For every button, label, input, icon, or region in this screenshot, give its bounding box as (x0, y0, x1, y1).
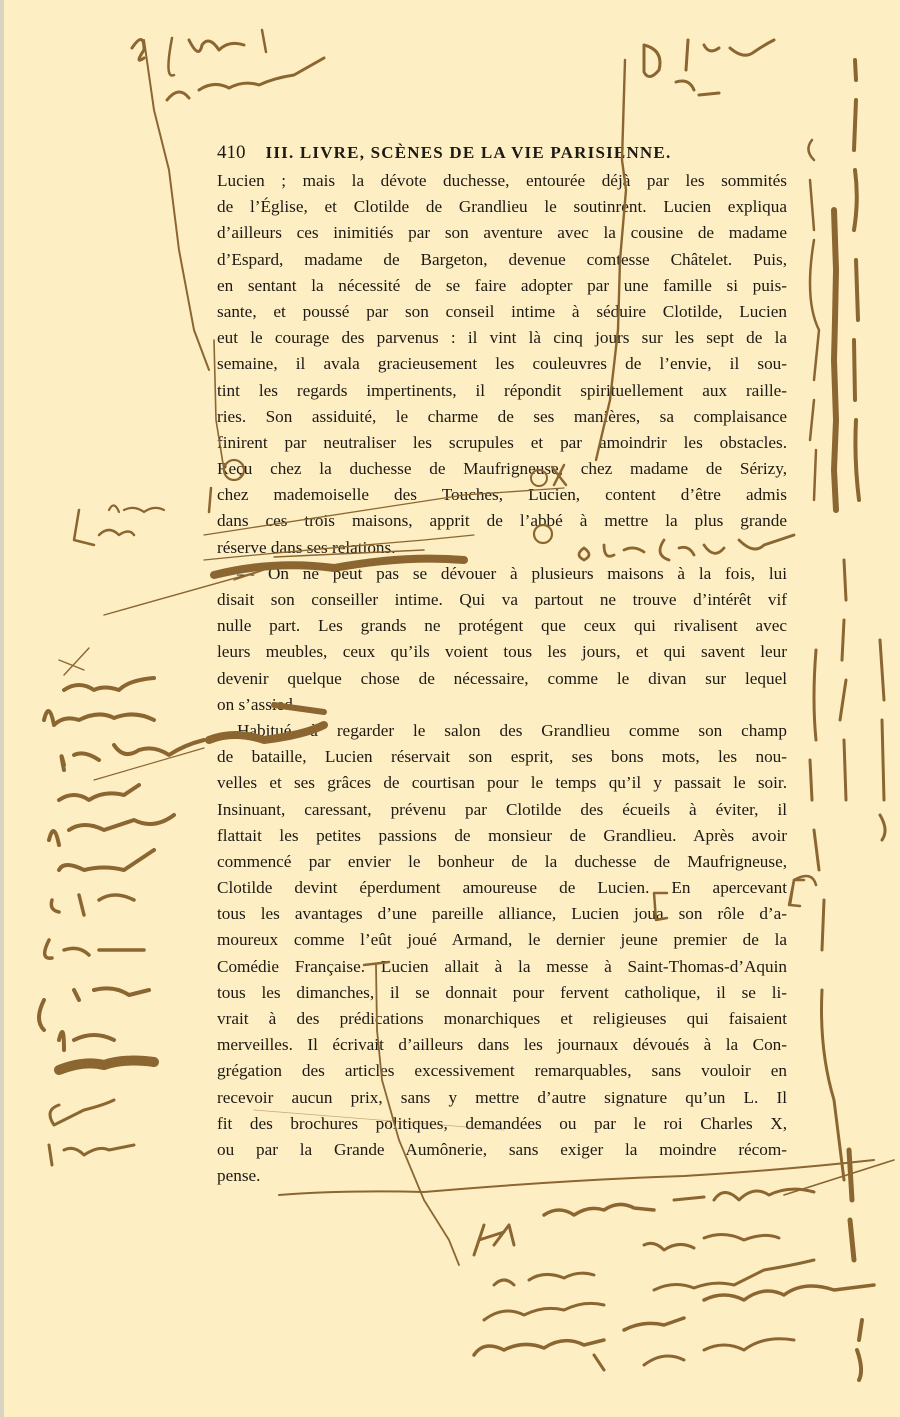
text-line: de l’Église, et Clotilde de Grandlieu le… (217, 194, 787, 220)
text-line: tint les regards impertinents, il répond… (217, 378, 787, 404)
text-line: de bataille, Lucien réservait son esprit… (217, 744, 787, 770)
text-line: d’Espard, madame de Bargeton, devenue co… (217, 247, 787, 273)
text-line: commencé par envier le bonheur de la duc… (217, 849, 787, 875)
text-line: ou par la Grande Aumônerie, sans exiger … (217, 1137, 787, 1163)
text-line: sante, et poussé par son conseil intime … (217, 299, 787, 325)
printed-text-block: 410 III. LIVRE, SCÈNES DE LA VIE PARISIE… (217, 142, 787, 1189)
text-line: finirent par neutraliser les scrupules e… (217, 430, 787, 456)
running-head: 410 III. LIVRE, SCÈNES DE LA VIE PARISIE… (217, 142, 787, 168)
book-page: 410 III. LIVRE, SCÈNES DE LA VIE PARISIE… (0, 0, 900, 1417)
text-line: en sentant la nécessité de se faire adop… (217, 273, 787, 299)
text-line: disait son conseiller intime. Qui va par… (217, 587, 787, 613)
text-line: Clotilde devint éperdument amoureuse de … (217, 875, 787, 901)
text-line: ries. Son assiduité, le charme de ses ma… (217, 404, 787, 430)
text-line: Lucien ; mais la dévote duchesse, entour… (217, 168, 787, 194)
text-line: tous les dimanches, il se donnait pour f… (217, 980, 787, 1006)
text-line: tous les avantages d’une pareille allian… (217, 901, 787, 927)
text-line: pense. (217, 1163, 787, 1189)
text-line: nulle part. Les grands ne protégent que … (217, 613, 787, 639)
text-line: Insinuant, caressant, prévenu par Clotil… (217, 797, 787, 823)
text-line: Reçu chez la duchesse de Maufrigneuse, c… (217, 456, 787, 482)
text-line: leurs meubles, ceux qu’ils voient tous l… (217, 639, 787, 665)
text-line: fit des brochures politiques, demandées … (217, 1111, 787, 1137)
text-line: velles et ses grâces de courtisan pour l… (217, 770, 787, 796)
text-line: Habitué à regarder le salon des Grandlie… (217, 718, 787, 744)
text-line: on s’assied. (217, 692, 787, 718)
text-line: flattait les petites passions de monsieu… (217, 823, 787, 849)
text-line: dans ces trois maisons, apprit de l’abbé… (217, 508, 787, 534)
text-line: recevoir aucun prix, sans y mettre d’aut… (217, 1085, 787, 1111)
text-line: eut le courage des parvenus : il vint là… (217, 325, 787, 351)
text-line: merveilles. Il écrivait d’ailleurs dans … (217, 1032, 787, 1058)
text-line: devenir quelque chose de nécessaire, com… (217, 666, 787, 692)
text-line: grégation des articles excessivement rem… (217, 1058, 787, 1084)
text-line: d’ailleurs ces inimitiés par son aventur… (217, 220, 787, 246)
text-line: — On ne peut pas se dévouer à plusieurs … (217, 561, 787, 587)
text-line: semaine, il avala gracieusement les coul… (217, 351, 787, 377)
running-head-title: III. LIVRE, SCÈNES DE LA VIE PARISIENNE. (266, 143, 672, 163)
text-line: moureux comme l’eût joué Armand, le dern… (217, 927, 787, 953)
text-line: vrait à des prédications monarchiques et… (217, 1006, 787, 1032)
text-line: réserve dans ses relations. (217, 535, 787, 561)
body-text: Lucien ; mais la dévote duchesse, entour… (217, 168, 787, 1189)
text-line: chez mademoiselle des Touches, Lucien, c… (217, 482, 787, 508)
text-line: Comédie Française. Lucien allait à la me… (217, 954, 787, 980)
page-number: 410 (217, 142, 246, 164)
